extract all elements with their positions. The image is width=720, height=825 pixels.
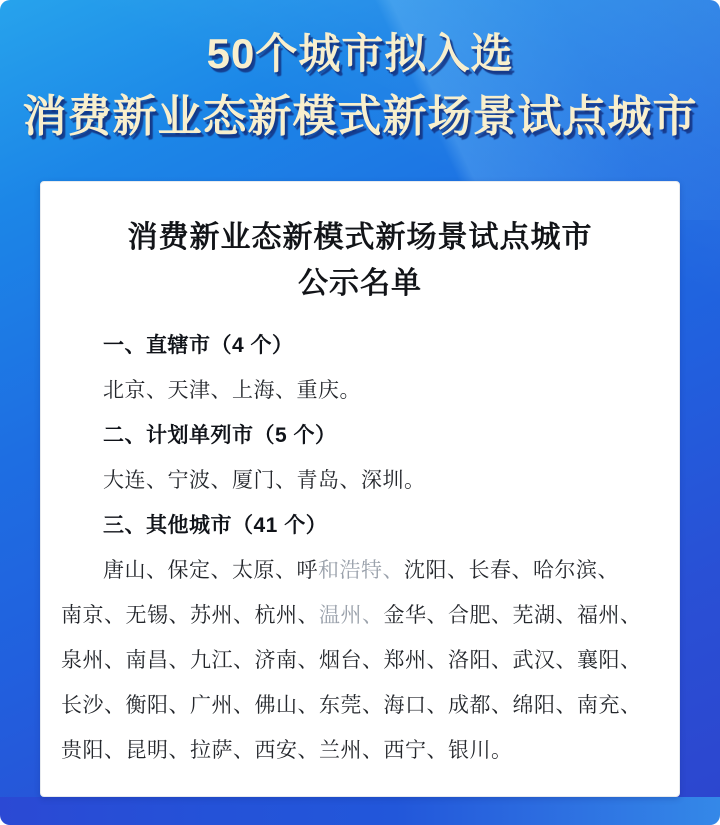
banner-title: 50个城市拟入选 消费新业态新模式新场景试点城市 bbox=[0, 0, 720, 147]
document-title-line1: 消费新业态新模式新场景试点城市 bbox=[41, 215, 679, 261]
city-list-line: 泉州、南昌、九江、济南、烟台、郑州、洛阳、武汉、襄阳、 bbox=[61, 638, 659, 683]
section-heading: 二、计划单列市（5 个） bbox=[61, 413, 659, 458]
city-list-line: 唐山、保定、太原、呼和浩特、沈阳、长春、哈尔滨、 bbox=[61, 548, 659, 593]
city-list-line: 北京、天津、上海、重庆。 bbox=[61, 368, 659, 413]
document-body: 一、直辖市（4 个）北京、天津、上海、重庆。二、计划单列市（5 个）大连、宁波、… bbox=[41, 323, 679, 773]
city-text-segment: 泉州、南昌、九江、济南、烟台、郑州、洛阳、武汉、襄阳、 bbox=[61, 648, 642, 672]
city-list-line: 大连、宁波、厦门、青岛、深圳。 bbox=[61, 458, 659, 503]
document-title: 消费新业态新模式新场景试点城市 公示名单 bbox=[41, 215, 679, 307]
city-text-segment: 唐山、保定、太原、呼 bbox=[103, 558, 318, 582]
city-text-segment: 沈阳、长春、哈尔滨、 bbox=[404, 558, 619, 582]
city-list-line: 贵阳、昆明、拉萨、西安、兰州、西宁、银川。 bbox=[61, 728, 659, 773]
banner-title-line2: 消费新业态新模式新场景试点城市 bbox=[0, 87, 720, 147]
city-text-segment: 长沙、衡阳、广州、佛山、东莞、海口、成都、绵阳、南充、 bbox=[61, 693, 642, 717]
document-title-line2: 公示名单 bbox=[41, 261, 679, 307]
city-text-segment: 大连、宁波、厦门、青岛、深圳。 bbox=[103, 468, 426, 492]
city-list-line: 长沙、衡阳、广州、佛山、东莞、海口、成都、绵阳、南充、 bbox=[61, 683, 659, 728]
city-text-segment: 金华、合肥、芜湖、福州、 bbox=[384, 603, 642, 627]
city-text-segment: 贵阳、昆明、拉萨、西安、兰州、西宁、银川。 bbox=[61, 738, 513, 762]
section-heading: 三、其他城市（41 个） bbox=[61, 503, 659, 548]
banner-title-line1: 50个城市拟入选 bbox=[0, 25, 720, 83]
city-list-line: 南京、无锡、苏州、杭州、温州、金华、合肥、芜湖、福州、 bbox=[61, 593, 659, 638]
city-text-segment: 北京、天津、上海、重庆。 bbox=[103, 378, 361, 402]
section-heading: 一、直辖市（4 个） bbox=[61, 323, 659, 368]
faded-city-text: 温州、 bbox=[319, 603, 384, 627]
notice-card: 消费新业态新模式新场景试点城市 公示名单 一、直辖市（4 个）北京、天津、上海、… bbox=[40, 181, 680, 797]
city-text-segment: 南京、无锡、苏州、杭州、 bbox=[61, 603, 319, 627]
faded-city-text: 和浩特、 bbox=[318, 558, 404, 582]
announcement-page: 50个城市拟入选 消费新业态新模式新场景试点城市 消费新业态新模式新场景试点城市… bbox=[0, 0, 720, 825]
